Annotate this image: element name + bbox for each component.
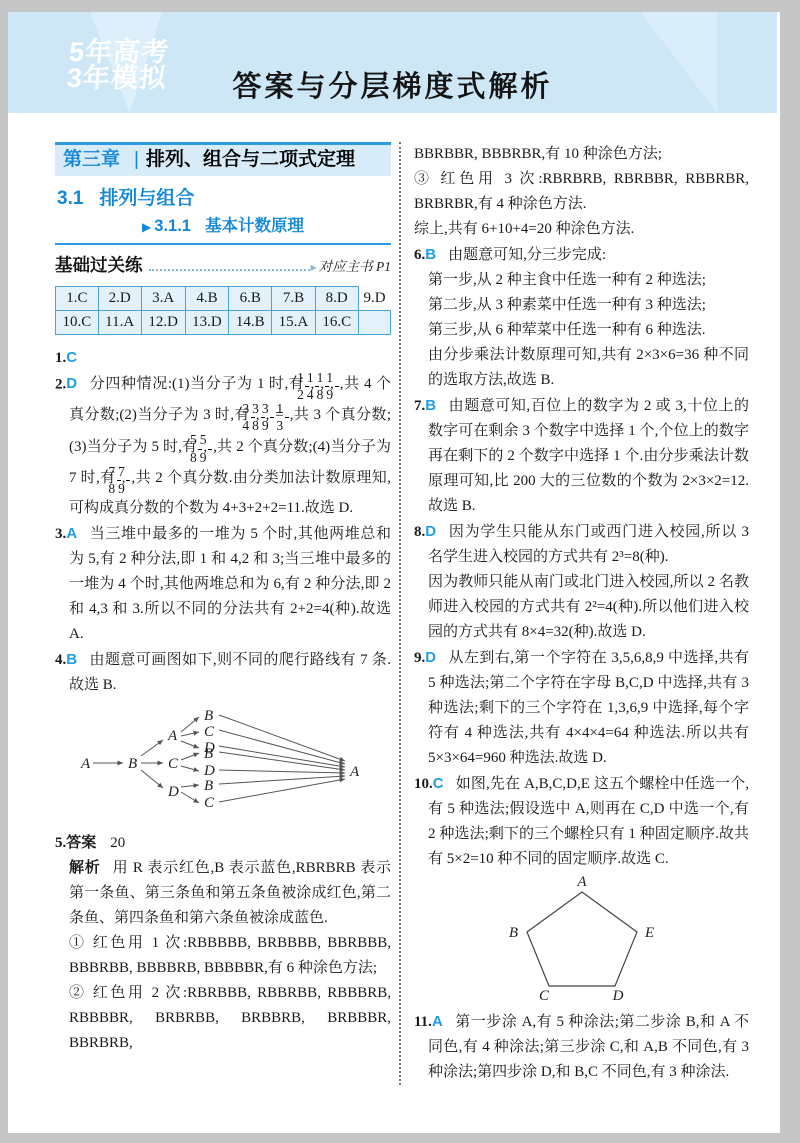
solution-11: 11.A第一步涂 A,有 5 种涂法;第二步涂 B,和 A 不同色,有 4 种涂… bbox=[414, 1009, 749, 1085]
answer-letter: A bbox=[432, 1013, 443, 1030]
tree-leaf-label: B bbox=[204, 708, 213, 724]
answer-cell: 7.B bbox=[272, 286, 316, 310]
answer-key-table: 1.C 2.D 3.A 4.B 6.B 7.B 8.D 9.D 10.C 11.… bbox=[55, 286, 391, 335]
answer-cell: 9.D bbox=[358, 286, 390, 310]
subsection-heading: ▶3.1.1基本计数原理 bbox=[55, 212, 391, 245]
item-number: 5. bbox=[55, 835, 66, 851]
page-sheet: 5年高考 3年模拟 答案与分层梯度式解析 第三章 | 排列、组合与二项式定理 3… bbox=[8, 12, 780, 1133]
pentagon-diagram: A B E C D bbox=[496, 874, 668, 1002]
two-column-layout: 第三章 | 排列、组合与二项式定理 3.1排列与组合 ▶3.1.1基本计数原理 … bbox=[55, 142, 749, 1085]
answer-cell: 4.B bbox=[185, 286, 229, 310]
solution-text: 由题意可知,百位上的数字为 2 或 3,十位上的数字可在剩余 3 个数字中选择 … bbox=[428, 398, 749, 514]
triangle-marker-icon: ▶ bbox=[142, 220, 151, 234]
solution-text: 由题意可知,分三步完成: bbox=[448, 247, 606, 263]
answer-cell: 16.C bbox=[315, 310, 358, 334]
answer-cell: 3.A bbox=[141, 286, 185, 310]
section-title: 排列与组合 bbox=[99, 188, 194, 209]
subsection-title: 基本计数原理 bbox=[205, 217, 304, 235]
solution-4: 4.B由题意可画图如下,则不同的爬行路线有 7 条.故选 B. bbox=[55, 647, 391, 698]
tree-hub-label: B bbox=[128, 756, 137, 772]
solution-text: 由题意可画图如下,则不同的爬行路线有 7 条.故选 B. bbox=[69, 652, 391, 693]
chapter-heading: 第三章 | 排列、组合与二项式定理 bbox=[55, 142, 391, 176]
tree-diagram-figure: A B A C D B C D B D B C A bbox=[55, 700, 391, 829]
solution-8-continued: 因为教师只能从南门或北门进入校园,所以 2 名教师进入校园的方式共有 2²=4(… bbox=[414, 570, 749, 645]
tree-leaf-label: B bbox=[204, 746, 213, 762]
solution-6-step2: 第二步,从 3 种素菜中任选一种有 3 种选法; bbox=[414, 293, 749, 318]
solution-6-step3: 第三步,从 6 种荤菜中任选一种有 6 种选法. bbox=[414, 318, 749, 343]
solution-5-summary: 综上,共有 6+10+4=20 种涂色方法. bbox=[414, 217, 749, 242]
item-number: 6. bbox=[414, 247, 425, 263]
solution-text: 第一步涂 A,有 5 种涂法;第二步涂 B,和 A 不同色,有 4 种涂法;第三… bbox=[428, 1014, 749, 1080]
section-heading: 3.1排列与组合 bbox=[57, 183, 391, 210]
answer-letter: D bbox=[425, 649, 436, 666]
solution-10: 10.C如图,先在 A,B,C,D,E 这五个螺栓中任选一个,有 5 种选法;假… bbox=[414, 771, 749, 872]
solution-7: 7.B由题意可知,百位上的数字为 2 或 3,十位上的数字可在剩余 3 个数字中… bbox=[414, 393, 749, 519]
solution-3: 3.A当三堆中最多的一堆为 5 个时,其他两堆总和为 5,有 2 种分法,即 1… bbox=[55, 521, 391, 647]
chapter-title: 排列、组合与二项式定理 bbox=[146, 148, 355, 172]
answer-cell: 15.A bbox=[272, 310, 316, 334]
answer-cell: 14.B bbox=[229, 310, 272, 334]
section-number: 3.1 bbox=[57, 188, 83, 209]
table-row: 10.C 11.A 12.D 13.D 14.B 15.A 16.C bbox=[56, 310, 391, 334]
solution-5-answer: 5.答案20 bbox=[55, 831, 391, 856]
answer-cell: 6.B bbox=[229, 286, 272, 310]
practice-title: 基础过关练 bbox=[55, 252, 143, 277]
solution-5-case2-right: BBRBBR, BBBRBR,有 10 种涂色方法; bbox=[414, 142, 749, 167]
chapter-divider: | bbox=[134, 148, 139, 172]
solution-6-conclusion: 由分步乘法计数原理可知,共有 2×3×6=36 种不同的选取方法,故选 B. bbox=[414, 343, 749, 393]
answer-letter: C bbox=[66, 349, 77, 366]
subsection-number: 3.1.1 bbox=[154, 217, 191, 235]
answer-letter: B bbox=[66, 651, 77, 668]
solution-6: 6.B由题意可知,分三步完成: bbox=[414, 242, 749, 268]
solution-text: 分四种情况:(1)当分子为 1 时,有12,14,18,19,共 4 个真分数;… bbox=[69, 376, 391, 516]
logo-line1: 5年高考 bbox=[68, 39, 170, 65]
pentagon-figure: A B E C D bbox=[414, 874, 749, 1007]
tree-mid-label: A bbox=[167, 728, 178, 744]
tree-leaf-label: C bbox=[204, 795, 215, 811]
right-column: BBRBBR, BBBRBR,有 10 种涂色方法; ③ 红色用 3 次:RBR… bbox=[401, 142, 749, 1085]
answer-cell: 8.D bbox=[315, 286, 358, 310]
answer-cell: 12.D bbox=[141, 310, 185, 334]
answer-letter: D bbox=[66, 375, 77, 392]
tree-mid-label: C bbox=[168, 756, 179, 772]
pentagon-vertex-label: C bbox=[538, 988, 549, 1002]
pentagon-vertex-label: D bbox=[611, 988, 623, 1002]
practice-header: 基础过关练 ▸ 对应主书 P1 bbox=[55, 252, 391, 277]
page-title: 答案与分层梯度式解析 bbox=[8, 64, 777, 105]
answer-value: 20 bbox=[110, 835, 125, 851]
answer-letter: B bbox=[425, 397, 436, 414]
analysis-label: 解析 bbox=[69, 860, 101, 876]
solution-text: 从左到右,第一个字符在 3,5,6,8,9 中选择,共有 5 种选法;第二个字符… bbox=[428, 650, 749, 766]
solution-5-analysis: 解析用 R 表示红色,B 表示蓝色,RBRBRB 表示第一条鱼、第三条鱼和第五条… bbox=[55, 856, 391, 931]
pentagon-vertex-label: A bbox=[576, 874, 587, 890]
item-number: 8. bbox=[414, 524, 425, 540]
dotted-leader bbox=[149, 269, 310, 271]
solution-5-case3: ③ 红色用 3 次:RBRBRB, RBRBBR, RBBRBR, BRBRBR… bbox=[414, 167, 749, 217]
answer-cell bbox=[358, 310, 390, 334]
answer-cell: 13.D bbox=[185, 310, 229, 334]
tree-mid-label: D bbox=[167, 784, 179, 800]
solution-6-step1: 第一步,从 2 种主食中任选一种有 2 种选法; bbox=[414, 268, 749, 293]
answer-letter: B bbox=[425, 246, 436, 263]
tree-leaf-label: D bbox=[203, 763, 215, 779]
answer-cell: 11.A bbox=[98, 310, 141, 334]
answer-letter: C bbox=[433, 775, 444, 792]
item-number: 4. bbox=[55, 652, 66, 668]
answer-cell: 1.C bbox=[56, 286, 99, 310]
tree-root-label: A bbox=[80, 756, 91, 772]
solution-2: 2.D分四种情况:(1)当分子为 1 时,有12,14,18,19,共 4 个真… bbox=[55, 371, 391, 521]
tree-leaf-label: B bbox=[204, 778, 213, 794]
table-row: 1.C 2.D 3.A 4.B 6.B 7.B 8.D 9.D bbox=[56, 286, 391, 310]
item-number: 7. bbox=[414, 398, 425, 414]
answer-cell: 10.C bbox=[56, 310, 99, 334]
tree-target-label: A bbox=[349, 764, 360, 780]
left-column: 第三章 | 排列、组合与二项式定理 3.1排列与组合 ▶3.1.1基本计数原理 … bbox=[55, 142, 391, 1085]
solution-text: 如图,先在 A,B,C,D,E 这五个螺栓中任选一个,有 5 种选法;假设选中 … bbox=[428, 776, 749, 867]
solution-text: 因为学生只能从东门或西门进入校园,所以 3 名学生进入校园的方式共有 2³=8(… bbox=[428, 524, 749, 565]
answer-letter: A bbox=[66, 525, 77, 542]
answer-letter: D bbox=[425, 523, 436, 540]
answer-label: 答案 bbox=[66, 835, 96, 851]
item-number: 10. bbox=[414, 776, 433, 792]
practice-page-ref: 对应主书 P1 bbox=[319, 255, 391, 275]
item-number: 3. bbox=[55, 526, 66, 542]
solution-8: 8.D因为学生只能从东门或西门进入校园,所以 3 名学生进入校园的方式共有 2³… bbox=[414, 519, 749, 570]
solution-text: 用 R 表示红色,B 表示蓝色,RBRBRB 表示第一条鱼、第三条鱼和第五条鱼被… bbox=[69, 860, 391, 926]
item-number: 11. bbox=[414, 1014, 432, 1030]
solution-5-case2-left: ② 红色用 2 次:RBRBBB, RBBRBB, RBBBRB, RBBBBR… bbox=[55, 981, 391, 1056]
pentagon-vertex-label: E bbox=[644, 925, 654, 941]
leader-arrow-icon: ▸ bbox=[311, 260, 317, 275]
solution-text: 当三堆中最多的一堆为 5 个时,其他两堆总和为 5,有 2 种分法,即 1 和 … bbox=[69, 526, 391, 642]
tree-leaf-label: C bbox=[204, 724, 215, 740]
solution-9: 9.D从左到右,第一个字符在 3,5,6,8,9 中选择,共有 5 种选法;第二… bbox=[414, 645, 749, 771]
item-number: 9. bbox=[414, 650, 425, 666]
solution-5-case1: ① 红色用 1 次:RBBBBB, BRBBBB, BBRBBB, BBBRBB… bbox=[55, 931, 391, 981]
chapter-label: 第三章 bbox=[63, 148, 120, 172]
tree-diagram: A B A C D B C D B D B C A bbox=[73, 700, 373, 824]
pentagon-vertex-label: B bbox=[508, 925, 517, 941]
solution-1: 1.C bbox=[55, 345, 391, 371]
answer-cell: 2.D bbox=[98, 286, 141, 310]
item-number: 2. bbox=[55, 376, 66, 392]
header-band: 5年高考 3年模拟 答案与分层梯度式解析 bbox=[8, 12, 777, 113]
scanned-textbook-page: { "colors": { "accent_blue": "#1287d8", … bbox=[0, 0, 800, 1143]
item-number: 1. bbox=[55, 350, 66, 366]
